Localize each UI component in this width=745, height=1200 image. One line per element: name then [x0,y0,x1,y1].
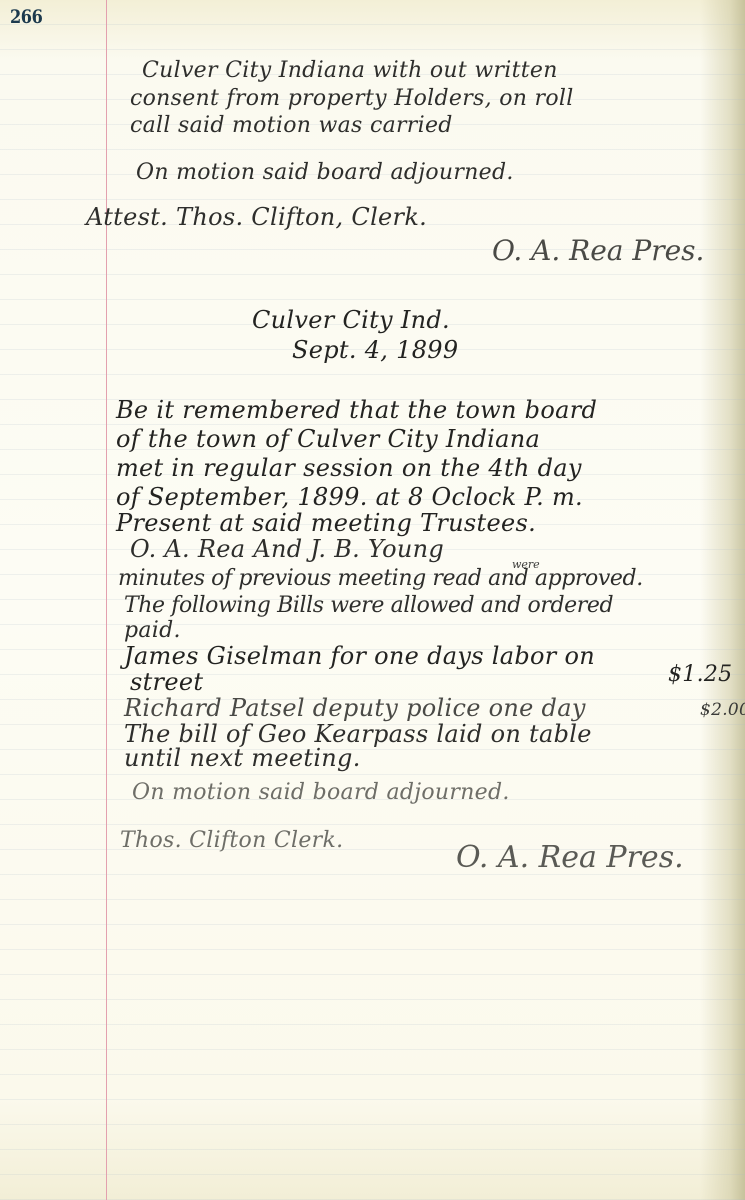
ledger-page: 266 Culver City Indiana with out written… [0,0,745,1200]
minutes-insertion: were [512,558,540,571]
adjourn-line: On motion said board adjourned. [132,780,510,805]
handwritten-line: call said motion was carried [130,113,453,138]
handwritten-line: consent from property Holders, on roll [130,86,574,111]
bill-amount: $2.00 [700,700,745,720]
handwritten-line: Culver City Indiana with out written [142,58,558,83]
minutes-line: minutes of previous meeting read and app… [118,566,643,591]
attest-line: Attest. Thos. Clifton, Clerk. [86,203,427,231]
body-line: met in regular session on the 4th day [116,454,582,482]
entry-heading-date: Sept. 4, 1899 [292,336,458,364]
body-line: of the town of Culver City Indiana [116,425,540,453]
bill-description-continued: street [130,668,203,696]
body-line: Present at said meeting Trustees. [116,509,536,537]
body-line: of September, 1899. at 8 Oclock P. m. [116,483,583,511]
president-signature: O. A. Rea Pres. [492,234,704,267]
tabled-line: until next meeting. [124,744,361,772]
trustees-names: O. A. Rea And J. B. Young [130,535,444,563]
clerk-attest: Thos. Clifton Clerk. [120,828,343,853]
bills-intro-line: paid. [124,618,181,643]
bill-description: Richard Patsel deputy police one day [124,694,586,722]
margin-rule [106,0,107,1200]
bills-intro-line: The following Bills were allowed and ord… [124,593,613,618]
entry-heading-place: Culver City Ind. [252,306,450,334]
body-line: Be it remembered that the town board [116,396,597,424]
adjourn-line: On motion said board adjourned. [136,160,514,185]
bill-amount: $1.25 [668,662,732,687]
president-signature: O. A. Rea Pres. [456,840,684,875]
bill-description: James Giselman for one days labor on [124,642,595,670]
page-number: 266 [10,6,42,28]
